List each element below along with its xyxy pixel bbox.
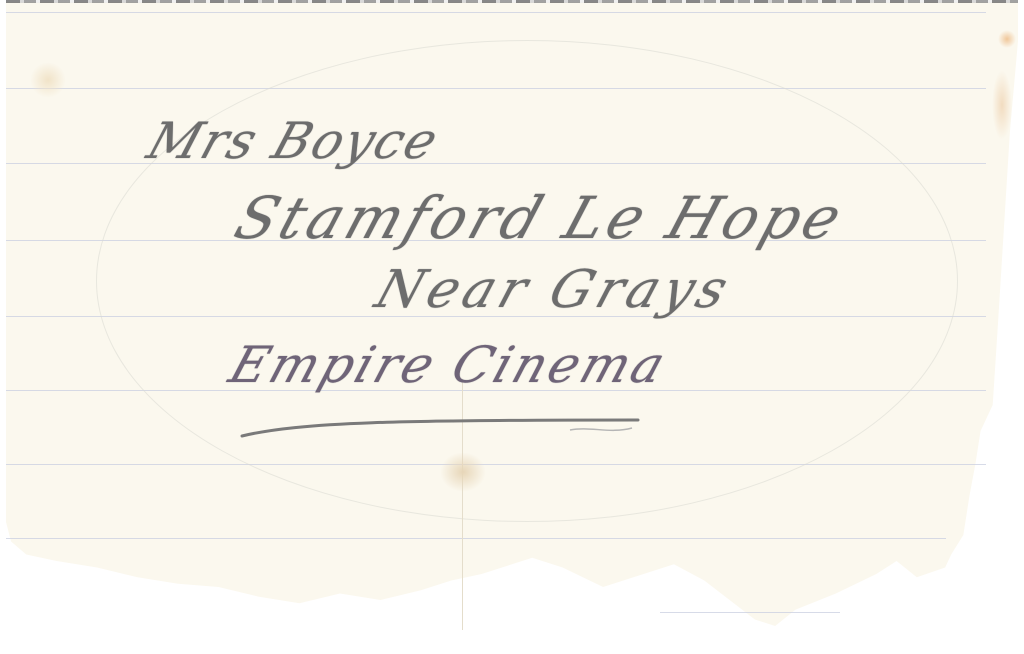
rule-line [660,612,840,613]
handwritten-locality: Near Grays [368,260,740,320]
stain [440,452,486,492]
paper-top-edge [6,0,1018,3]
stain [30,62,66,98]
rule-line [6,12,986,13]
handwritten-name: Mrs Boyce [141,112,447,170]
stain [992,70,1012,140]
handwritten-town: Stamford Le Hope [227,184,854,252]
stain [998,30,1016,48]
handwritten-venue: Empire Cinema [223,336,675,394]
pencil-underline [240,414,640,438]
rule-line [6,538,946,539]
